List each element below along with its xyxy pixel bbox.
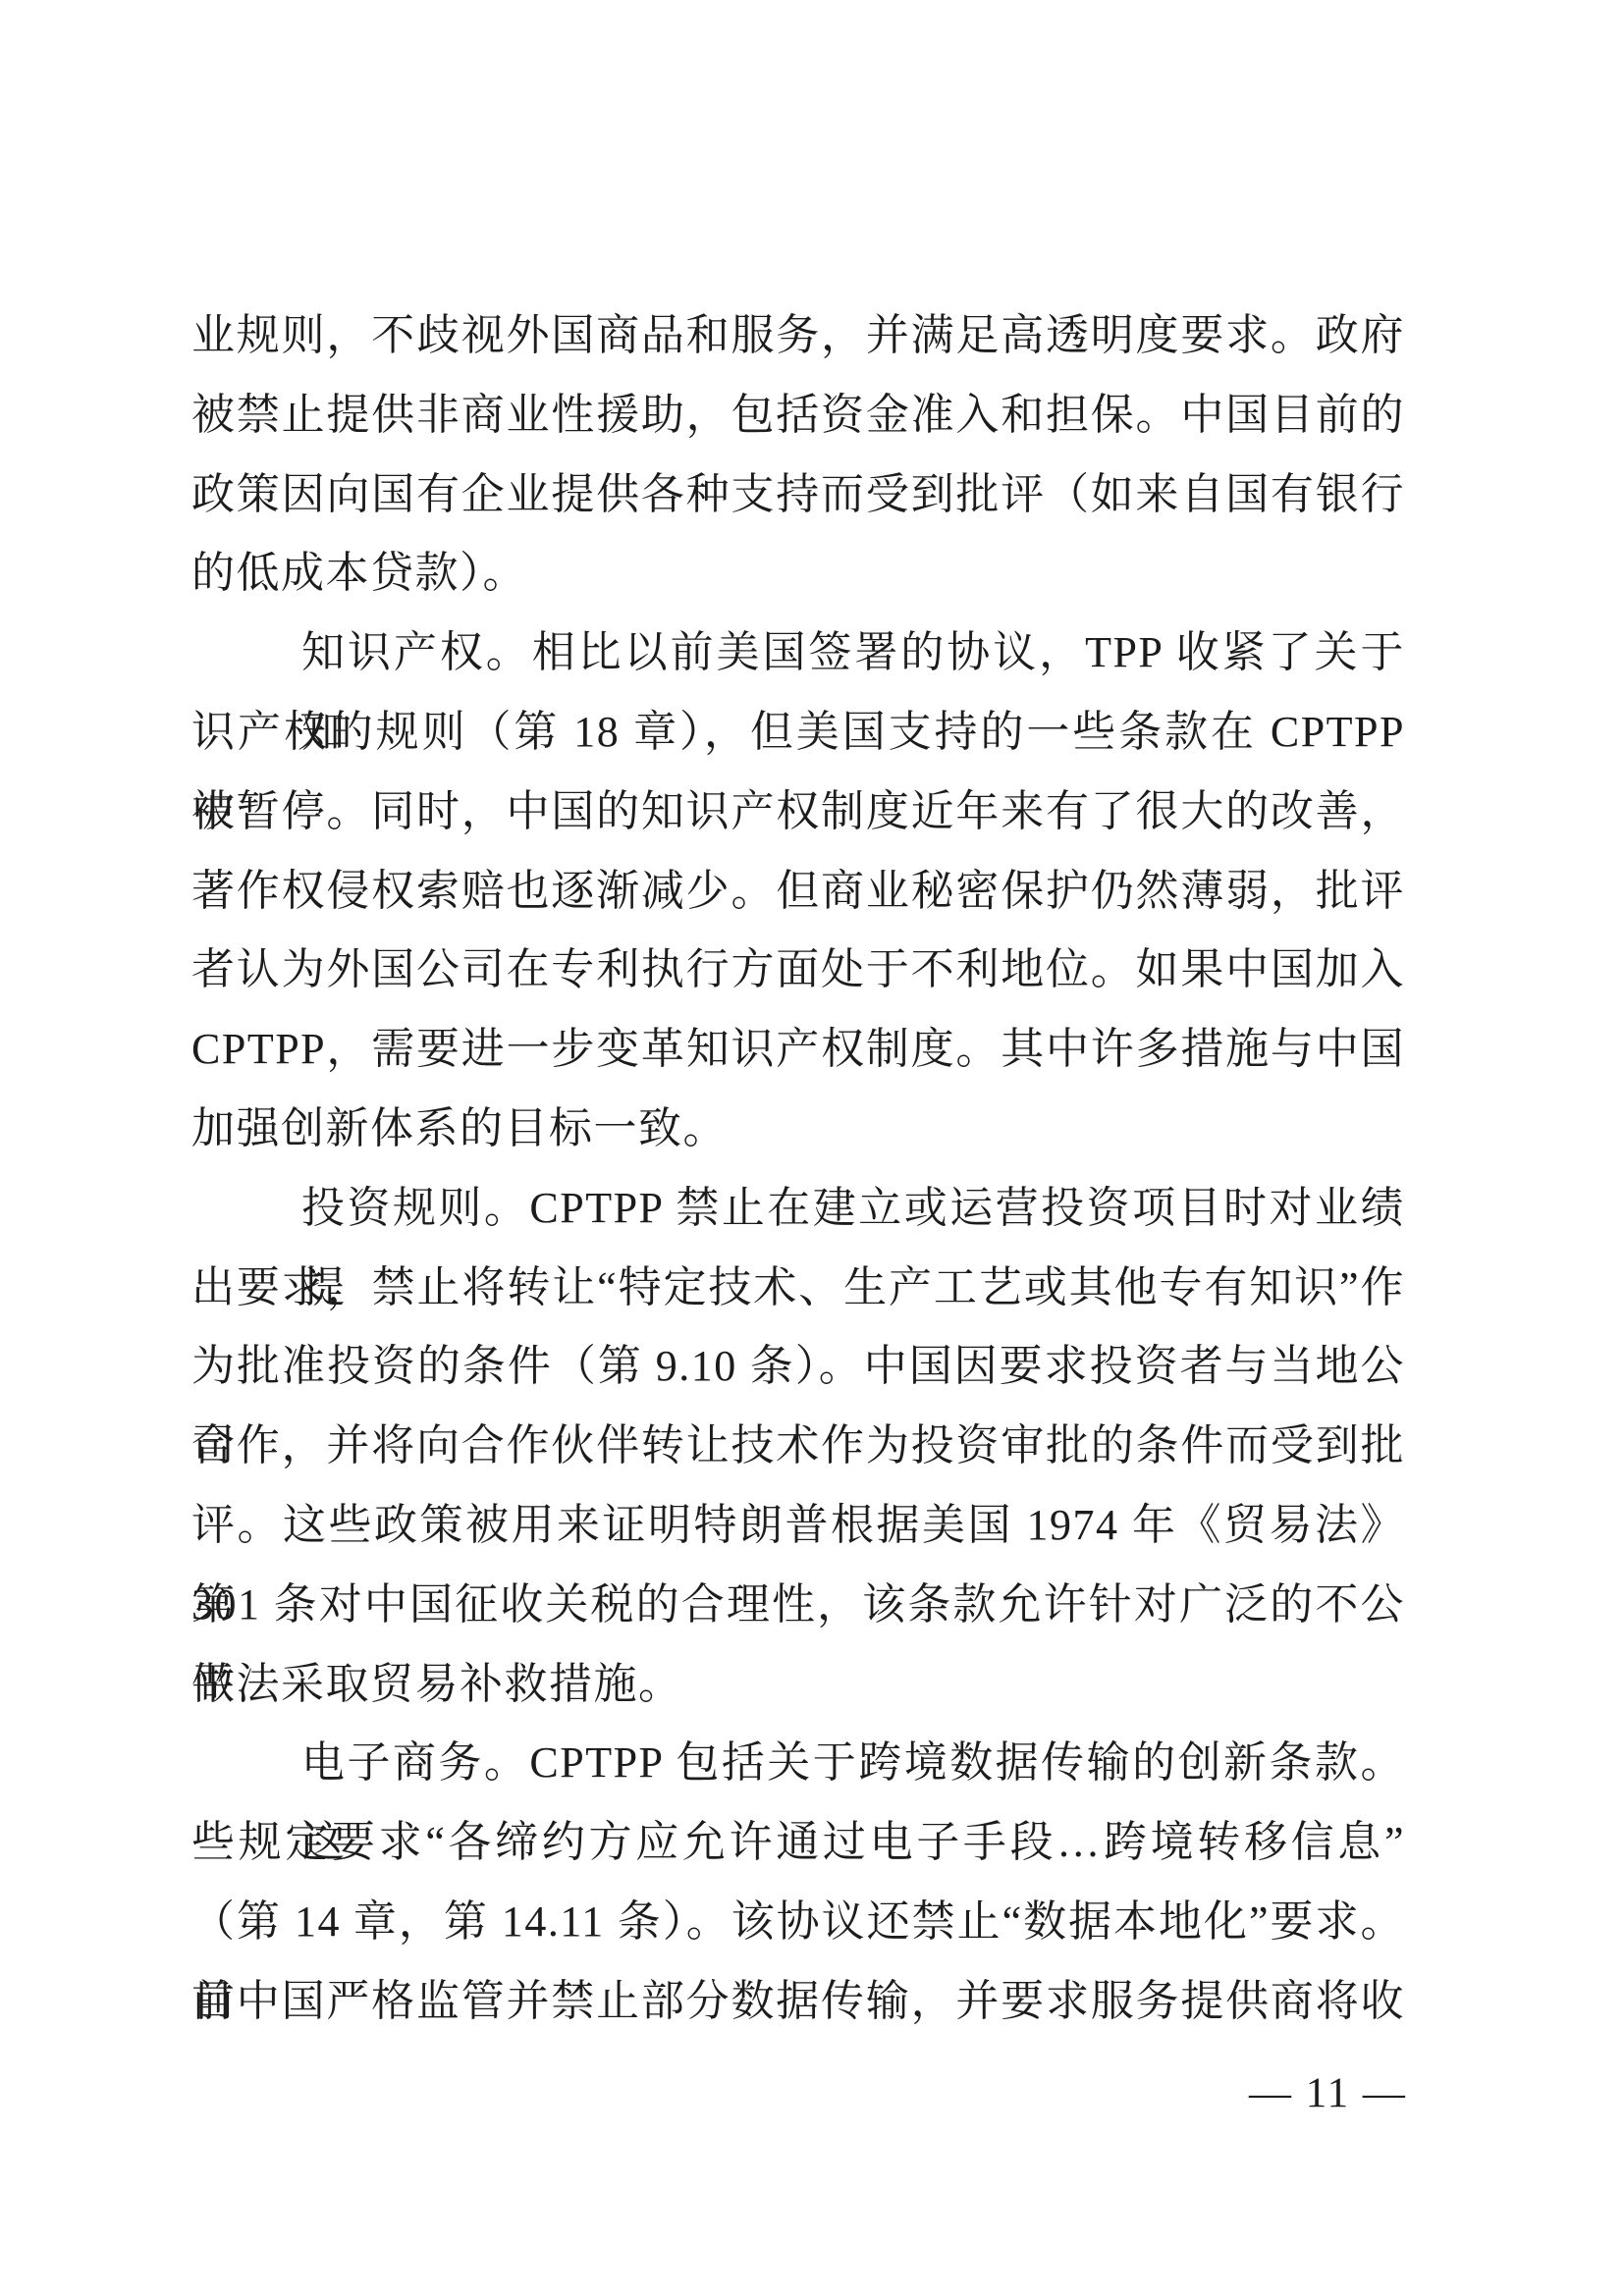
text-line: 加强创新体系的目标一致。 bbox=[191, 1090, 1405, 1169]
text-line: 被禁止提供非商业性援助，包括资金准入和担保。中国目前的 bbox=[191, 376, 1405, 455]
text-line: 电子商务。CPTPP 包括关于跨境数据传输的创新条款。这 bbox=[191, 1724, 1405, 1803]
text-line: （第 14 章，第 14.11 条）。该协议还禁止“数据本地化”要求。目 bbox=[191, 1883, 1405, 1962]
text-line: 投资规则。CPTPP 禁止在建立或运营投资项目时对业绩提 bbox=[191, 1169, 1405, 1249]
text-line: 评。这些政策被用来证明特朗普根据美国 1974 年《贸易法》第 bbox=[191, 1486, 1405, 1566]
text-line: 的低成本贷款）。 bbox=[191, 534, 1405, 614]
text-line: 为批准投资的条件（第 9.10 条）。中国因要求投资者与当地公司 bbox=[191, 1327, 1405, 1407]
text-line: 做法采取贸易补救措施。 bbox=[191, 1645, 1405, 1725]
text-line: 者认为外国公司在专利执行方面处于不利地位。如果中国加入 bbox=[191, 931, 1405, 1010]
text-line: 301 条对中国征收关税的合理性，该条款允许针对广泛的不公平 bbox=[191, 1566, 1405, 1645]
page-number: — 11 — bbox=[1249, 2069, 1407, 2117]
body-text: 业规则，不歧视外国商品和服务，并满足高透明度要求。政府被禁止提供非商业性援助，包… bbox=[191, 296, 1405, 2042]
document-page: 业规则，不歧视外国商品和服务，并满足高透明度要求。政府被禁止提供非商业性援助，包… bbox=[0, 0, 1624, 2296]
text-line: 被暂停。同时，中国的知识产权制度近年来有了很大的改善， bbox=[191, 773, 1405, 852]
text-line: CPTPP，需要进一步变革知识产权制度。其中许多措施与中国 bbox=[191, 1010, 1405, 1090]
text-line: 些规定要求“各缔约方应允许通过电子手段…跨境转移信息” bbox=[191, 1803, 1405, 1883]
text-line: 前中国严格监管并禁止部分数据传输，并要求服务提供商将收 bbox=[191, 1962, 1405, 2042]
text-line: 著作权侵权索赔也逐渐减少。但商业秘密保护仍然薄弱，批评 bbox=[191, 852, 1405, 932]
text-line: 出要求，禁止将转让“特定技术、生产工艺或其他专有知识”作 bbox=[191, 1249, 1405, 1328]
text-line: 识产权的规则（第 18 章），但美国支持的一些条款在 CPTPP 中 bbox=[191, 693, 1405, 773]
text-line: 合作，并将向合作伙伴转让技术作为投资审批的条件而受到批 bbox=[191, 1407, 1405, 1486]
text-line: 业规则，不歧视外国商品和服务，并满足高透明度要求。政府 bbox=[191, 296, 1405, 376]
text-line: 政策因向国有企业提供各种支持而受到批评（如来自国有银行 bbox=[191, 455, 1405, 535]
text-line: 知识产权。相比以前美国签署的协议，TPP 收紧了关于知 bbox=[191, 614, 1405, 693]
